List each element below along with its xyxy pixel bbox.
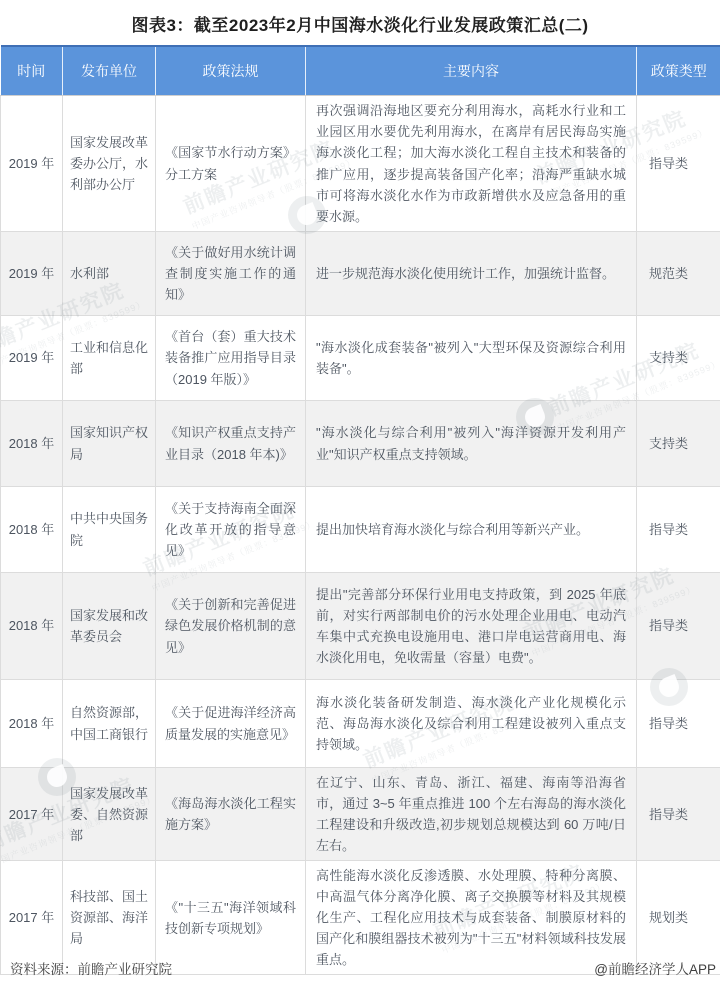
col-header-time: 时间 — [1, 46, 63, 96]
cell-time: 2019 年 — [1, 96, 63, 232]
cell-type: 指导类 — [637, 487, 720, 573]
cell-policy: 《国家节水行动方案》分工方案 — [156, 96, 306, 232]
cell-org: 水利部 — [63, 232, 156, 316]
table-row: 2018 年 国家发展和改革委员会 《关于创新和完善促进绿色发展价格机制的意见》… — [1, 573, 720, 680]
cell-org: 国家知识产权局 — [63, 401, 156, 487]
credit-note: @前瞻经济学人APP — [594, 958, 716, 978]
col-header-type: 政策类型 — [637, 46, 720, 96]
cell-content: 在辽宁、山东、青岛、浙江、福建、海南等沿海省市，通过 3~5 年重点推进 100… — [306, 768, 637, 861]
policy-summary-page: 图表3：截至2023年2月中国海水淡化行业发展政策汇总(二) 时间 发布单位 政… — [0, 0, 720, 997]
table-header: 时间 发布单位 政策法规 主要内容 政策类型 — [1, 46, 720, 96]
cell-time: 2018 年 — [1, 680, 63, 768]
cell-type: 规范类 — [637, 232, 720, 316]
table-row: 2019 年 工业和信息化部 《首台（套）重大技术装备推广应用指导目录（2019… — [1, 316, 720, 401]
col-header-policy: 政策法规 — [156, 46, 306, 96]
cell-policy: 《关于促进海洋经济高质量发展的实施意见》 — [156, 680, 306, 768]
cell-type: 指导类 — [637, 96, 720, 232]
table-body: 2019 年 国家发展改革委办公厅，水利部办公厅 《国家节水行动方案》分工方案 … — [1, 96, 720, 975]
cell-policy: 《关于做好用水统计调查制度实施工作的通知》 — [156, 232, 306, 316]
cell-type: 支持类 — [637, 316, 720, 401]
cell-policy: 《关于支持海南全面深化改革开放的指导意见》 — [156, 487, 306, 573]
cell-type: 指导类 — [637, 680, 720, 768]
cell-type: 支持类 — [637, 401, 720, 487]
table-row: 2018 年 中共中央国务院 《关于支持海南全面深化改革开放的指导意见》 提出加… — [1, 487, 720, 573]
col-header-content: 主要内容 — [306, 46, 637, 96]
cell-type: 指导类 — [637, 768, 720, 861]
header-row: 时间 发布单位 政策法规 主要内容 政策类型 — [1, 46, 720, 96]
cell-content: 提出加快培育海水淡化与综合利用等新兴产业。 — [306, 487, 637, 573]
cell-time: 2019 年 — [1, 232, 63, 316]
col-header-org: 发布单位 — [63, 46, 156, 96]
cell-type: 指导类 — [637, 573, 720, 680]
cell-time: 2018 年 — [1, 573, 63, 680]
cell-org: 国家发展改革委办公厅，水利部办公厅 — [63, 96, 156, 232]
cell-time: 2018 年 — [1, 401, 63, 487]
cell-time: 2017 年 — [1, 768, 63, 861]
table-row: 2017 年 国家发展改革委、自然资源部 《海岛海水淡化工程实施方案》 在辽宁、… — [1, 768, 720, 861]
table-row: 2019 年 水利部 《关于做好用水统计调查制度实施工作的通知》 进一步规范海水… — [1, 232, 720, 316]
table-row: 2018 年 国家知识产权局 《知识产权重点支持产业目录（2018 年本)》 "… — [1, 401, 720, 487]
cell-time: 2019 年 — [1, 316, 63, 401]
policy-table: 时间 发布单位 政策法规 主要内容 政策类型 2019 年 国家发展改革委办公厅… — [0, 45, 720, 975]
cell-content: 再次强调沿海地区要充分利用海水，高耗水行业和工业园区用水要优先利用海水，在离岸有… — [306, 96, 637, 232]
cell-policy: 《关于创新和完善促进绿色发展价格机制的意见》 — [156, 573, 306, 680]
cell-content: 进一步规范海水淡化使用统计工作，加强统计监督。 — [306, 232, 637, 316]
cell-policy: 《知识产权重点支持产业目录（2018 年本)》 — [156, 401, 306, 487]
cell-org: 国家发展改革委、自然资源部 — [63, 768, 156, 861]
cell-policy: 《首台（套）重大技术装备推广应用指导目录（2019 年版）》 — [156, 316, 306, 401]
cell-time: 2018 年 — [1, 487, 63, 573]
cell-content: 海水淡化装备研发制造、海水淡化产业化规模化示范、海岛海水淡化及综合利用工程建设被… — [306, 680, 637, 768]
cell-policy: 《海岛海水淡化工程实施方案》 — [156, 768, 306, 861]
page-title: 图表3：截至2023年2月中国海水淡化行业发展政策汇总(二) — [0, 0, 720, 45]
cell-org: 中共中央国务院 — [63, 487, 156, 573]
cell-content: "海水淡化与综合利用"被列入"海洋资源开发利用产业"知识产权重点支持领域。 — [306, 401, 637, 487]
footer: 资料来源：前瞻产业研究院 @前瞻经济学人APP — [0, 958, 720, 978]
cell-org: 工业和信息化部 — [63, 316, 156, 401]
source-note: 资料来源：前瞻产业研究院 — [10, 958, 172, 978]
cell-content: 提出"完善部分环保行业用电支持政策，到 2025 年底前，对实行两部制电价的污水… — [306, 573, 637, 680]
cell-org: 国家发展和改革委员会 — [63, 573, 156, 680]
table-row: 2018 年 自然资源部，中国工商银行 《关于促进海洋经济高质量发展的实施意见》… — [1, 680, 720, 768]
table-row: 2019 年 国家发展改革委办公厅，水利部办公厅 《国家节水行动方案》分工方案 … — [1, 96, 720, 232]
cell-content: "海水淡化成套装备"被列入"大型环保及资源综合利用装备"。 — [306, 316, 637, 401]
cell-org: 自然资源部，中国工商银行 — [63, 680, 156, 768]
